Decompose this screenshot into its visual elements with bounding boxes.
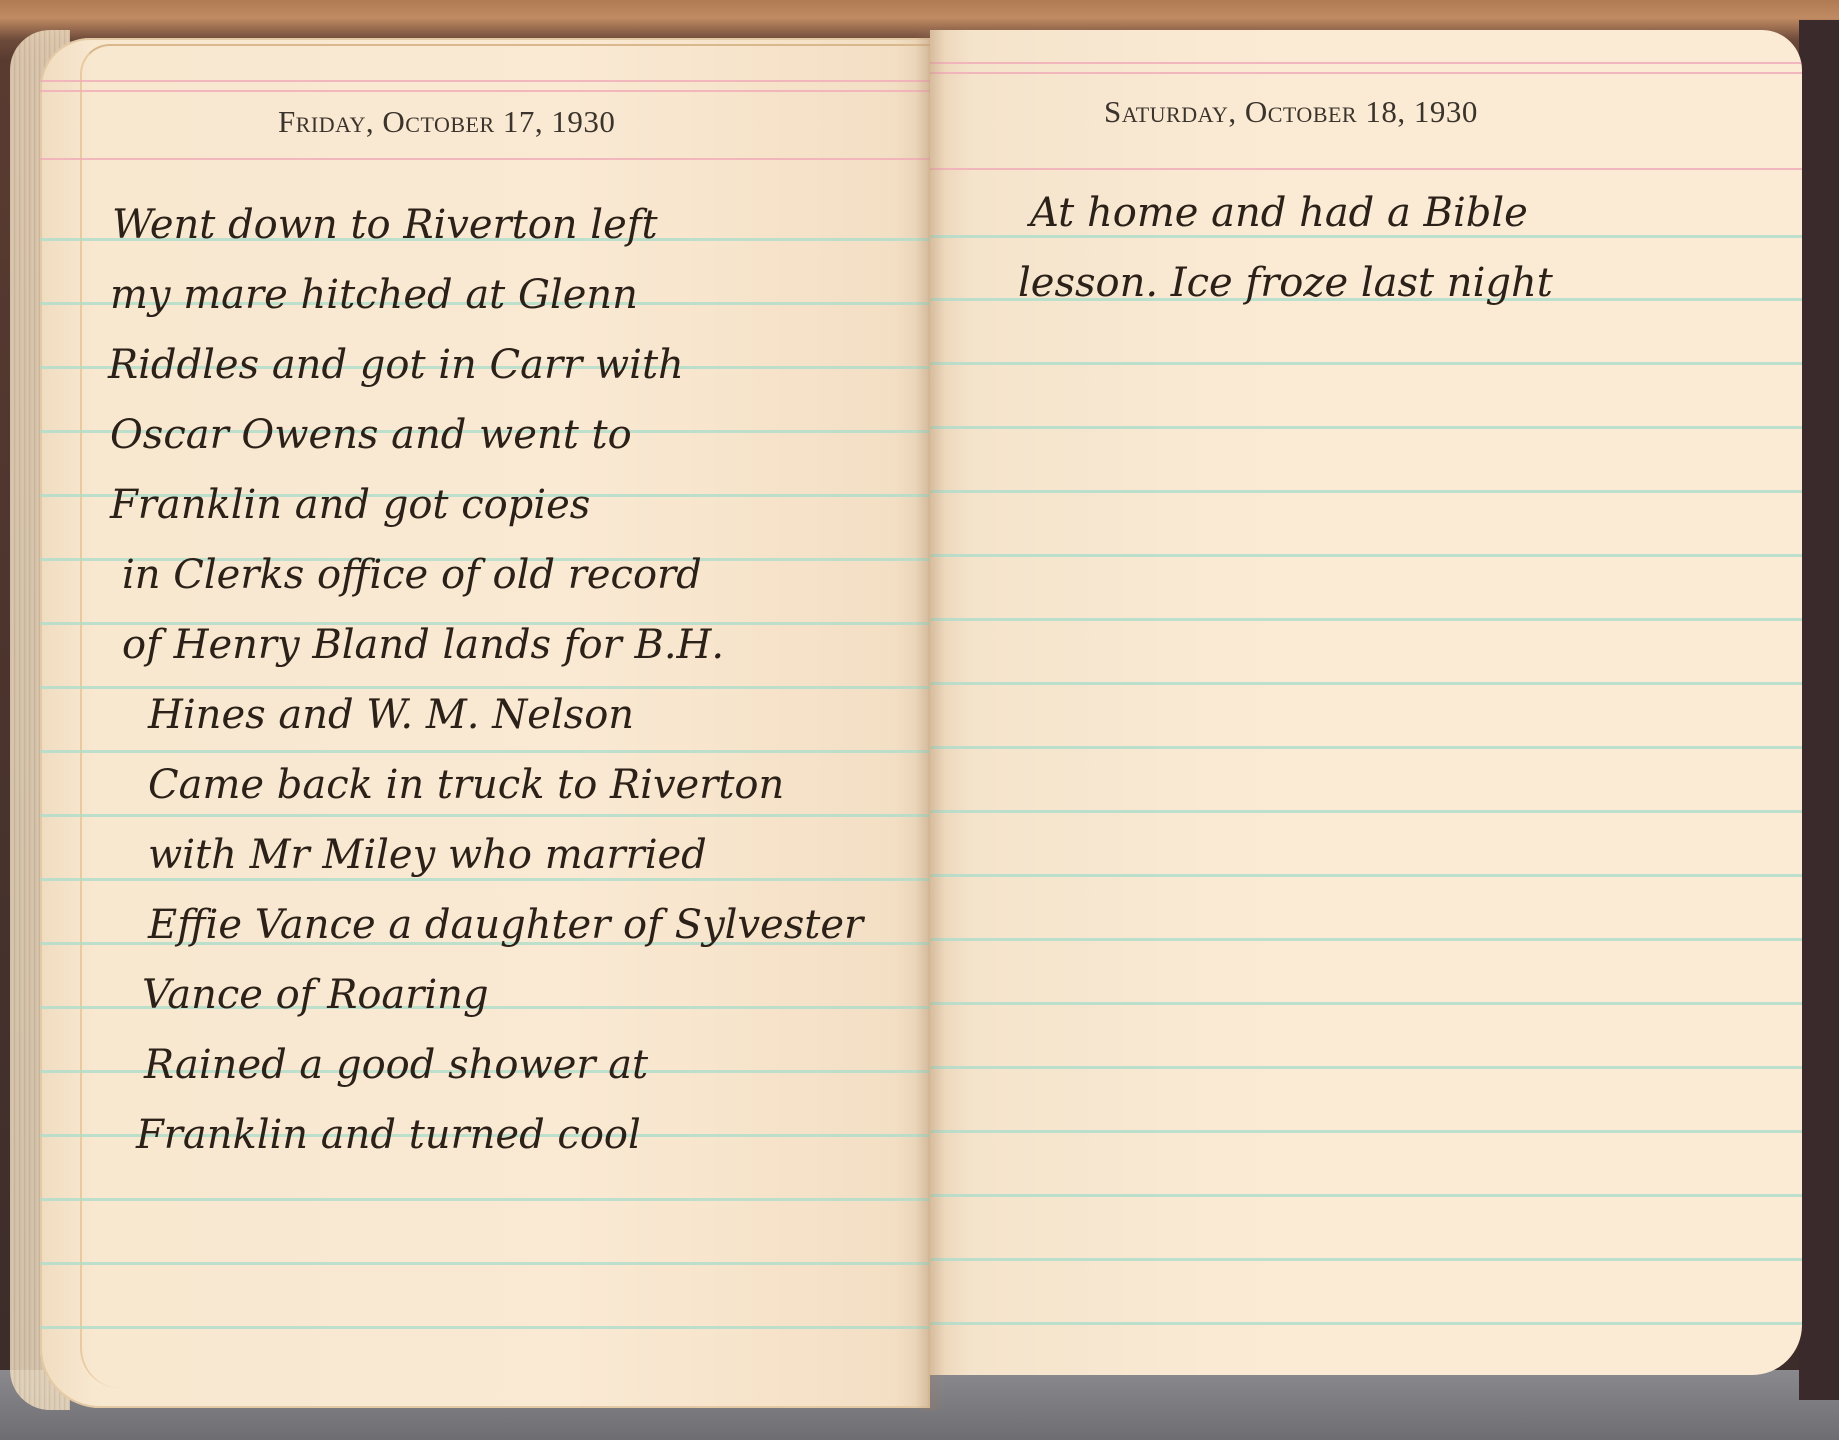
ruled-line (930, 1130, 1802, 1133)
header-rule-bottom (40, 158, 930, 160)
diary-page-left: Friday, October 17, 1930 Went down to Ri… (40, 38, 930, 1408)
entry-line: Franklin and turned cool (88, 1100, 863, 1170)
entry-line: Went down to Riverton left (88, 190, 863, 260)
header-rule-bottom (930, 168, 1802, 170)
ruled-line (930, 426, 1802, 429)
ruled-line (930, 810, 1802, 813)
entry-line: with Mr Miley who married (88, 820, 863, 890)
diary-entry-friday: Went down to Riverton left my mare hitch… (88, 190, 863, 1170)
header-rule-top (930, 62, 1802, 64)
entry-line: Hines and W. M. Nelson (88, 680, 863, 750)
ruled-line (930, 1322, 1802, 1325)
entry-line: my mare hitched at Glenn (88, 260, 863, 330)
entry-line: Rained a good shower at (88, 1030, 863, 1100)
ruled-line (930, 1258, 1802, 1261)
date-header-saturday: Saturday, October 18, 1930 (1104, 94, 1478, 130)
date-header-friday: Friday, October 17, 1930 (278, 104, 615, 140)
ruled-line (930, 618, 1802, 621)
entry-line: Oscar Owens and went to (88, 400, 863, 470)
ruled-line (930, 746, 1802, 749)
ruled-line (930, 1002, 1802, 1005)
entry-line: lesson. Ice froze last night (1018, 248, 1553, 318)
ruled-line (930, 938, 1802, 941)
entry-line: Vance of Roaring (88, 960, 863, 1030)
diary-entry-saturday: At home and had a Bible lesson. Ice froz… (1018, 178, 1553, 318)
ruled-line (40, 1262, 930, 1265)
entry-line: Came back in truck to Riverton (88, 750, 863, 820)
ruled-line (930, 362, 1802, 365)
book-gutter (915, 30, 945, 1410)
entry-line: At home and had a Bible (1018, 178, 1553, 248)
ruled-line (930, 1066, 1802, 1069)
book-cover-edge (1799, 20, 1839, 1400)
header-rule-top (40, 90, 930, 92)
header-rule-top (930, 72, 1802, 74)
diary-page-right: Saturday, October 18, 1930 At home and h… (930, 30, 1802, 1375)
entry-line: of Henry Bland lands for B.H. (88, 610, 863, 680)
ruled-line (930, 554, 1802, 557)
ruled-line (40, 1326, 930, 1329)
entry-line: Riddles and got in Carr with (88, 330, 863, 400)
ruled-line (930, 490, 1802, 493)
entry-line: Franklin and got copies (88, 470, 863, 540)
header-rule-top (40, 80, 930, 82)
entry-line: in Clerks office of old record (88, 540, 863, 610)
ruled-line (930, 874, 1802, 877)
ruled-line (40, 1198, 930, 1201)
ruled-line (930, 682, 1802, 685)
entry-line: Effie Vance a daughter of Sylvester (88, 890, 863, 960)
ruled-line (930, 1194, 1802, 1197)
